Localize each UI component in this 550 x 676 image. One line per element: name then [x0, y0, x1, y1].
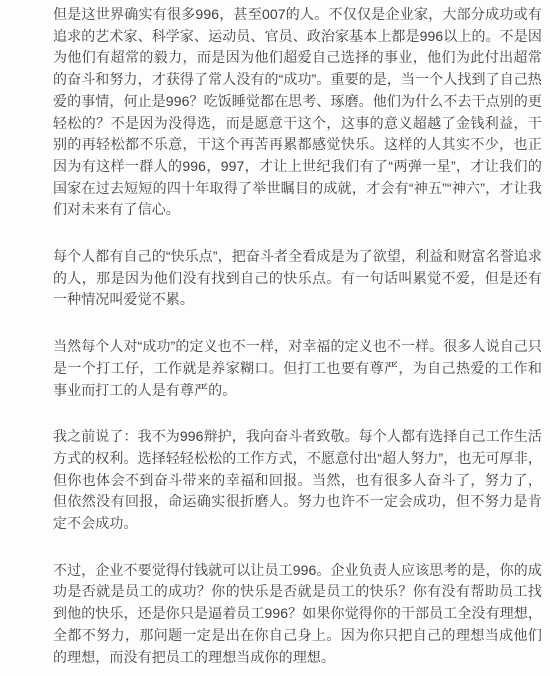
article-body: 但是这世界确实有很多996，甚至007的人。不仅仅是企业家，大部分成功或有追求的… [0, 0, 550, 676]
article-paragraph-1: 但是这世界确实有很多996，甚至007的人。不仅仅是企业家，大部分成功或有追求的… [53, 4, 542, 221]
article-paragraph-2: 每个人都有自己的“快乐点”，把奋斗者全看成是为了欲望，利益和财富名誉追求的人，那… [53, 246, 542, 311]
page-background: { "article": { "language": "zh-CN", "tex… [0, 0, 550, 676]
article-paragraph-4: 我之前说了：我不为996辩护，我向奋斗者致敬。每个人都有选择自己工作生活方式的权… [53, 426, 542, 535]
article-paragraph-5: 不过，企业不要觉得付钱就可以让员工996。企业负责人应该思考的是，你的成功是否就… [53, 560, 542, 669]
article-paragraph-3: 当然每个人对“成功”的定义也不一样，对幸福的定义也不一样。很多人说自己只是一个打… [53, 336, 542, 401]
